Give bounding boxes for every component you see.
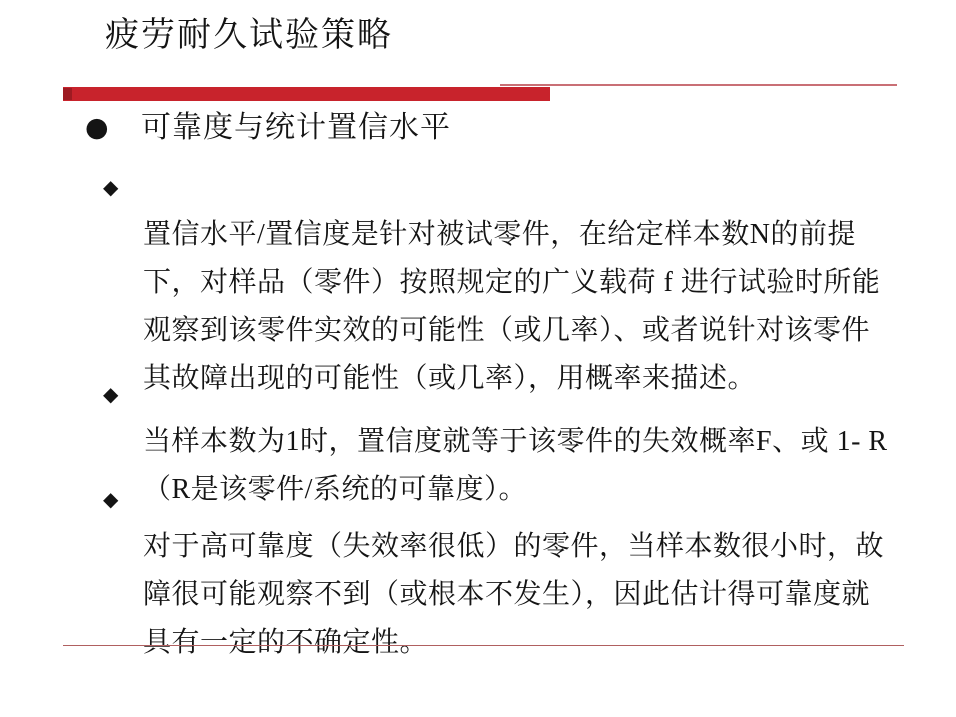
bullet-paragraph: ◆对于高可靠度（失效率很低）的零件，当样本数很小时，故 障很可能观察不到（或根本… <box>143 475 921 667</box>
bullet-paragraph-text: 对于高可靠度（失效率很低）的零件，当样本数很小时，故 障很可能观察不到（或根本不… <box>143 531 884 658</box>
title-accent-bar-notch <box>63 88 72 100</box>
section-heading: ●可靠度与统计置信水平 <box>141 106 451 150</box>
title-accent-thin-line <box>500 84 897 86</box>
slide-title: 疲劳耐久试验策略 <box>105 14 393 58</box>
circle-bullet-icon: ● <box>85 106 109 150</box>
section-heading-label: 可靠度与统计置信水平 <box>141 111 451 144</box>
footer-divider-line <box>63 645 904 646</box>
bullet-paragraph-text: 置信水平/置信度是针对被试零件，在给定样本数N的前提 下，对样品（零件）按照规定… <box>143 219 880 394</box>
slide-canvas: 疲劳耐久试验策略 ●可靠度与统计置信水平 ◆置信水平/置信度是针对被试零件，在给… <box>0 0 956 717</box>
bullet-paragraph: ◆置信水平/置信度是针对被试零件，在给定样本数N的前提 下，对样品（零件）按照规… <box>143 163 921 403</box>
diamond-bullet-icon: ◆ <box>103 163 118 211</box>
diamond-bullet-icon: ◆ <box>103 370 118 418</box>
diamond-bullet-icon: ◆ <box>103 475 118 523</box>
title-accent-bar <box>63 87 550 101</box>
